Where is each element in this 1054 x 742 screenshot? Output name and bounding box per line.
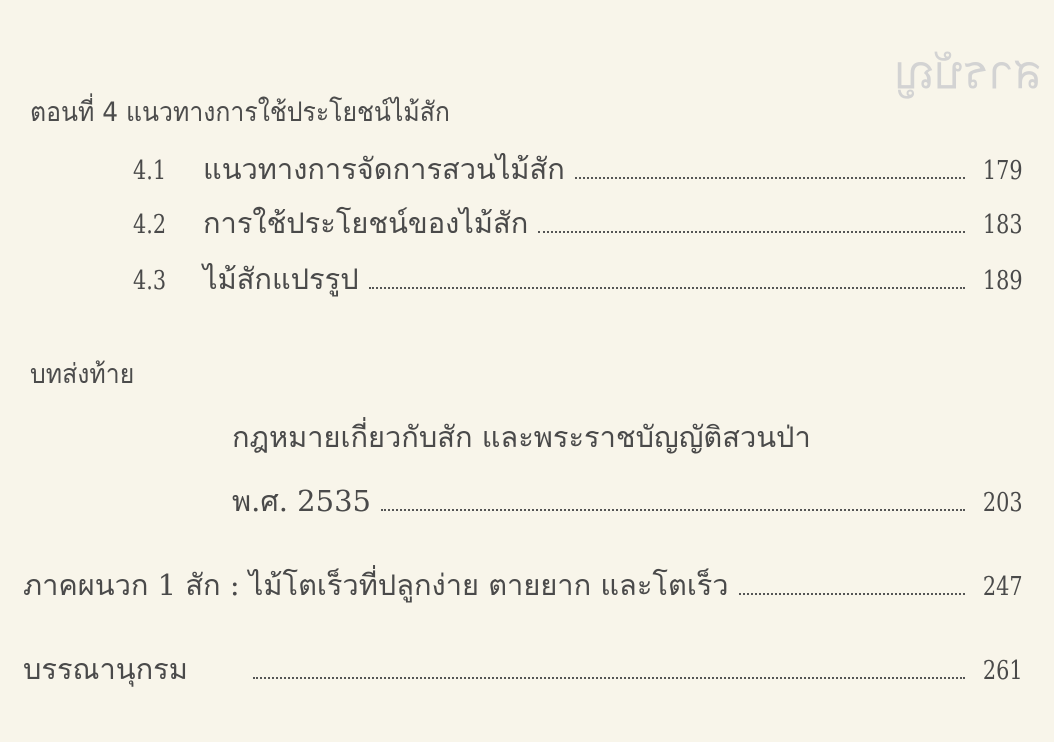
entry-title: บรรณานุกรม <box>23 646 243 692</box>
entry-number: 4.2 <box>133 210 189 240</box>
entry-page: 247 <box>983 572 1023 602</box>
toc-entry-appendix-1[interactable]: ภาคผนวก 1 สัก : ไม้โตเร็วที่ปลูกง่าย ตาย… <box>23 562 1023 608</box>
dot-leader <box>739 593 966 595</box>
dot-leader <box>575 177 966 179</box>
entry-title: แนวทางการจัดการสวนไม้สัก <box>203 146 565 192</box>
toc-entry-4-3[interactable]: 4.3 ไม้สักแปรรูป 189 <box>133 256 1023 302</box>
entry-page: 183 <box>983 210 1023 240</box>
entry-title: ไม้สักแปรรูป <box>203 256 359 302</box>
entry-title: พ.ศ. 2535 <box>232 478 371 524</box>
entry-number: 4.1 <box>133 156 189 186</box>
toc-entry-4-1[interactable]: 4.1 แนวทางการจัดการสวนไม้สัก 179 <box>133 146 1023 192</box>
dot-leader <box>369 287 966 289</box>
toc-entry-law-line1[interactable]: กฎหมายเกี่ยวกับสัก และพระราชบัญญัติสวนป่… <box>232 414 811 460</box>
toc-entry-4-2[interactable]: 4.2 การใช้ประโยชน์ของไม้สัก 183 <box>133 200 1023 246</box>
dot-leader <box>381 509 965 511</box>
section-heading-epilogue: บทส่งท้าย <box>30 352 134 395</box>
entry-title: การใช้ประโยชน์ของไม้สัก <box>203 200 528 246</box>
bleed-through-title: สารบัญ <box>895 36 1042 109</box>
entry-number: 4.3 <box>133 266 189 296</box>
entry-page: 189 <box>983 266 1023 296</box>
entry-page: 203 <box>983 488 1023 518</box>
toc-page: สารบัญ ตอนที่ 4 แนวทางการใช้ประโยชน์ไม้ส… <box>0 0 1054 742</box>
entry-page: 261 <box>983 656 1023 686</box>
entry-title: ภาคผนวก 1 สัก : ไม้โตเร็วที่ปลูกง่าย ตาย… <box>23 562 729 608</box>
section-heading-part-4: ตอนที่ 4 แนวทางการใช้ประโยชน์ไม้สัก <box>30 90 450 133</box>
toc-entry-law[interactable]: พ.ศ. 2535 203 <box>232 478 1023 524</box>
dot-leader <box>538 231 965 233</box>
entry-page: 179 <box>983 156 1023 186</box>
dot-leader <box>253 677 965 679</box>
toc-entry-bibliography[interactable]: บรรณานุกรม 261 <box>23 646 1023 692</box>
